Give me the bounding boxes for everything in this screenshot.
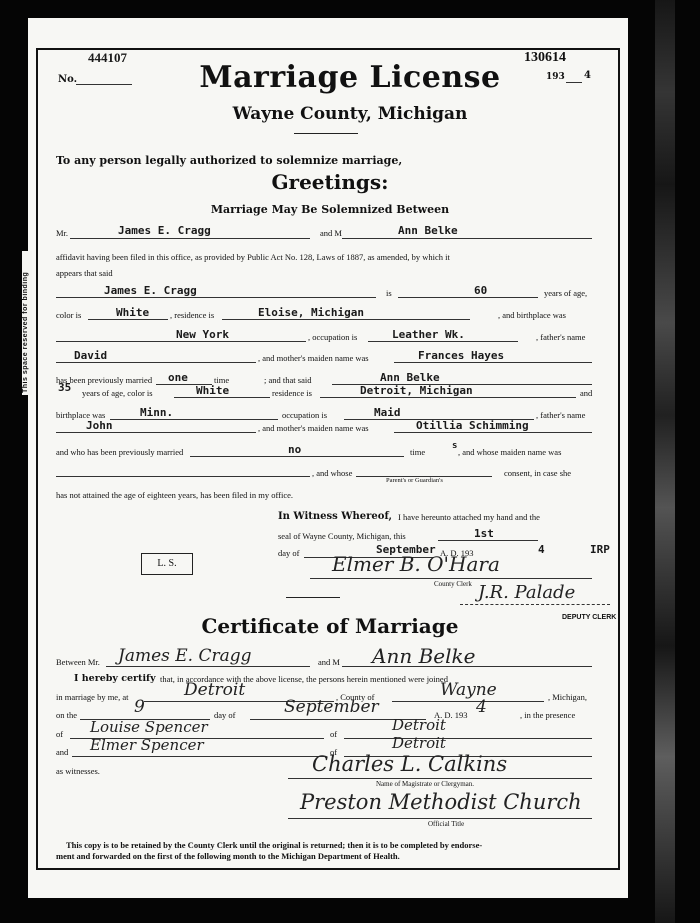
bride-mother-label: , and mother's maiden name was	[258, 423, 369, 433]
marriage-year-digit: 4	[476, 697, 487, 717]
salutation: To any person legally authorized to sole…	[56, 154, 402, 167]
witness-day-of-label: day of	[278, 548, 299, 558]
cert-groom-line	[106, 666, 310, 667]
bride-birthplace-line	[110, 419, 278, 420]
and-that-said-label: ; and that said	[264, 375, 311, 385]
bride-occupation-label: occupation is	[282, 410, 327, 420]
bride-age-label: years of age, color is	[82, 388, 153, 398]
cert-and-label-2: and	[56, 747, 68, 757]
certificate-title: Certificate of Marriage	[0, 614, 660, 638]
officiant-caption: Name of Magistrate or Clergyman.	[376, 780, 474, 788]
groom-birthplace-line	[56, 341, 306, 342]
witness-text-1: I have hereunto attached my hand and the	[398, 512, 540, 522]
between-heading: Marriage May Be Solemnized Between	[0, 203, 660, 216]
greeting-heading: Greetings:	[0, 170, 660, 194]
bride-father-line	[56, 432, 256, 433]
as-witnesses-label: as witnesses.	[56, 766, 100, 776]
title-divider	[294, 133, 358, 134]
marriage-county: Wayne	[440, 680, 497, 700]
groom-name-line	[56, 297, 376, 298]
maiden-name-line	[56, 476, 310, 477]
consent-label: consent, in case she	[504, 468, 571, 478]
witness2-name: Elmer Spencer	[90, 736, 204, 754]
marriage-at-label: in marriage by me, at	[56, 692, 128, 702]
bride-color-line	[174, 397, 270, 398]
bride-full-name: Ann Belke	[380, 371, 440, 384]
bride-mother: Otillia Schimming	[416, 419, 529, 432]
cert-and-label: and M	[318, 657, 340, 667]
witness-heading: In Witness Whereof,	[278, 511, 392, 522]
witness1-place: Detroit	[392, 716, 446, 734]
groom-line	[70, 238, 310, 239]
groom-color: White	[116, 306, 149, 319]
maiden-label: , and whose maiden name was	[458, 447, 561, 457]
page-subtitle: Wayne County, Michigan	[0, 104, 700, 124]
bride-prev-married-label: and who has been previously married	[56, 447, 183, 457]
witness2-line	[72, 756, 324, 757]
occupation-label: , occupation is	[308, 332, 357, 342]
bride-age: 35	[58, 381, 71, 394]
bride-prev-married: no	[288, 443, 301, 456]
witness-day: 1st	[474, 527, 494, 540]
official-title-value: Preston Methodist Church	[300, 790, 582, 814]
groom-occupation: Leather Wk.	[392, 328, 465, 341]
appears-text: appears that said	[56, 268, 113, 278]
cert-between-label: Between Mr.	[56, 657, 100, 667]
whose-label: , and whose	[312, 468, 352, 478]
witness1-place-line	[344, 738, 592, 739]
eighteen-text: has not attained the age of eighteen yea…	[56, 490, 293, 500]
birthplace-label: , and birthplace was	[498, 310, 566, 320]
county-line	[392, 701, 544, 702]
affidavit-text: affidavit having been filed in this offi…	[56, 252, 450, 262]
mother-label: , and mother's maiden name was	[258, 353, 369, 363]
deputy-line	[460, 604, 610, 605]
cert-of-label: of	[56, 729, 63, 739]
deputy-signature: J.R. Palade	[478, 582, 575, 603]
page-title: Marriage License	[0, 60, 700, 95]
bride-residence-label: residence is	[272, 388, 312, 398]
officiant-signature: Charles L. Calkins	[312, 752, 507, 776]
color-label: color is	[56, 310, 81, 320]
witness1-name: Louise Spencer	[90, 718, 208, 736]
groom-occupation-line	[368, 341, 518, 342]
groom-residence: Eloise, Michigan	[258, 306, 364, 319]
cert-groom-signature: James E. Cragg	[118, 646, 252, 666]
groom-prev-married: one	[168, 371, 188, 384]
bride-line	[342, 238, 592, 239]
mr-label: Mr.	[56, 228, 68, 238]
witness1-of-label: of	[330, 729, 337, 739]
bride-prev-married-line	[190, 456, 404, 457]
groom-father: David	[74, 349, 107, 362]
bride-mother-line	[394, 432, 592, 433]
state-label: , Michigan,	[548, 692, 587, 702]
binding-margin-note: This space reserved for binding	[22, 251, 32, 395]
bride-birthplace: Minn.	[140, 406, 173, 419]
cert-day-of-label: day of	[214, 710, 235, 720]
footer-line-1: This copy is to be retained by the Count…	[66, 840, 482, 851]
bride-residence: Detroit, Michigan	[360, 384, 473, 397]
bride-color: White	[196, 384, 229, 397]
bride-residence-line	[320, 397, 576, 398]
footer-line-2: ment and forwarded on the first of the f…	[56, 851, 400, 862]
clerk-signature-line	[310, 578, 592, 579]
marriage-month: September	[284, 697, 379, 717]
marriage-place: Detroit	[184, 680, 245, 700]
marriage-day: 9	[134, 697, 145, 717]
groom-name: James E. Cragg	[118, 224, 211, 237]
and-label: and M	[320, 228, 342, 238]
age-suffix: years of age,	[544, 288, 587, 298]
clerk-caption: County Clerk	[434, 580, 472, 588]
seal-box: L. S.	[141, 553, 193, 575]
guardian-caption: Parent's or Guardian's	[386, 477, 443, 484]
witness2-place: Detroit	[392, 734, 446, 752]
groom-mother: Frances Hayes	[418, 349, 504, 362]
bride-occupation: Maid	[374, 406, 401, 419]
scan-edge	[655, 0, 675, 923]
section-divider	[286, 597, 340, 598]
father-label: , father's name	[536, 332, 585, 342]
cert-bride-signature: Ann Belke	[372, 644, 475, 668]
on-the-label: on the	[56, 710, 77, 720]
clerk-signature: Elmer B. O'Hara	[332, 552, 500, 576]
groom-mother-line	[394, 362, 592, 363]
bride-time-label: time	[410, 447, 425, 457]
groom-color-line	[88, 319, 168, 320]
bride-time-suffix: s	[452, 441, 457, 451]
witness-year-digit: 4	[538, 543, 545, 556]
witness-day-line	[438, 540, 538, 541]
groom-age-line	[398, 297, 538, 298]
bride-father: John	[86, 419, 113, 432]
is-label: is	[386, 288, 392, 298]
officiant-line	[288, 778, 592, 779]
bride-name: Ann Belke	[398, 224, 458, 237]
groom-birthplace: New York	[176, 328, 229, 341]
witness-text-2: seal of Wayne County, Michigan, this	[278, 531, 406, 541]
presence-label: , in the presence	[520, 710, 575, 720]
official-title-caption: Official Title	[428, 820, 464, 828]
groom-full-name: James E. Cragg	[104, 284, 197, 297]
clerk-initials: IRP	[590, 543, 610, 556]
residence-label: , residence is	[170, 310, 214, 320]
certify-heading: I hereby certify	[74, 673, 156, 684]
groom-age: 60	[474, 284, 487, 297]
and-label-2: and	[580, 388, 592, 398]
groom-residence-line	[222, 319, 470, 320]
groom-father-line	[56, 362, 256, 363]
official-title-line	[288, 818, 592, 819]
bride-father-label: , father's name	[536, 410, 585, 420]
